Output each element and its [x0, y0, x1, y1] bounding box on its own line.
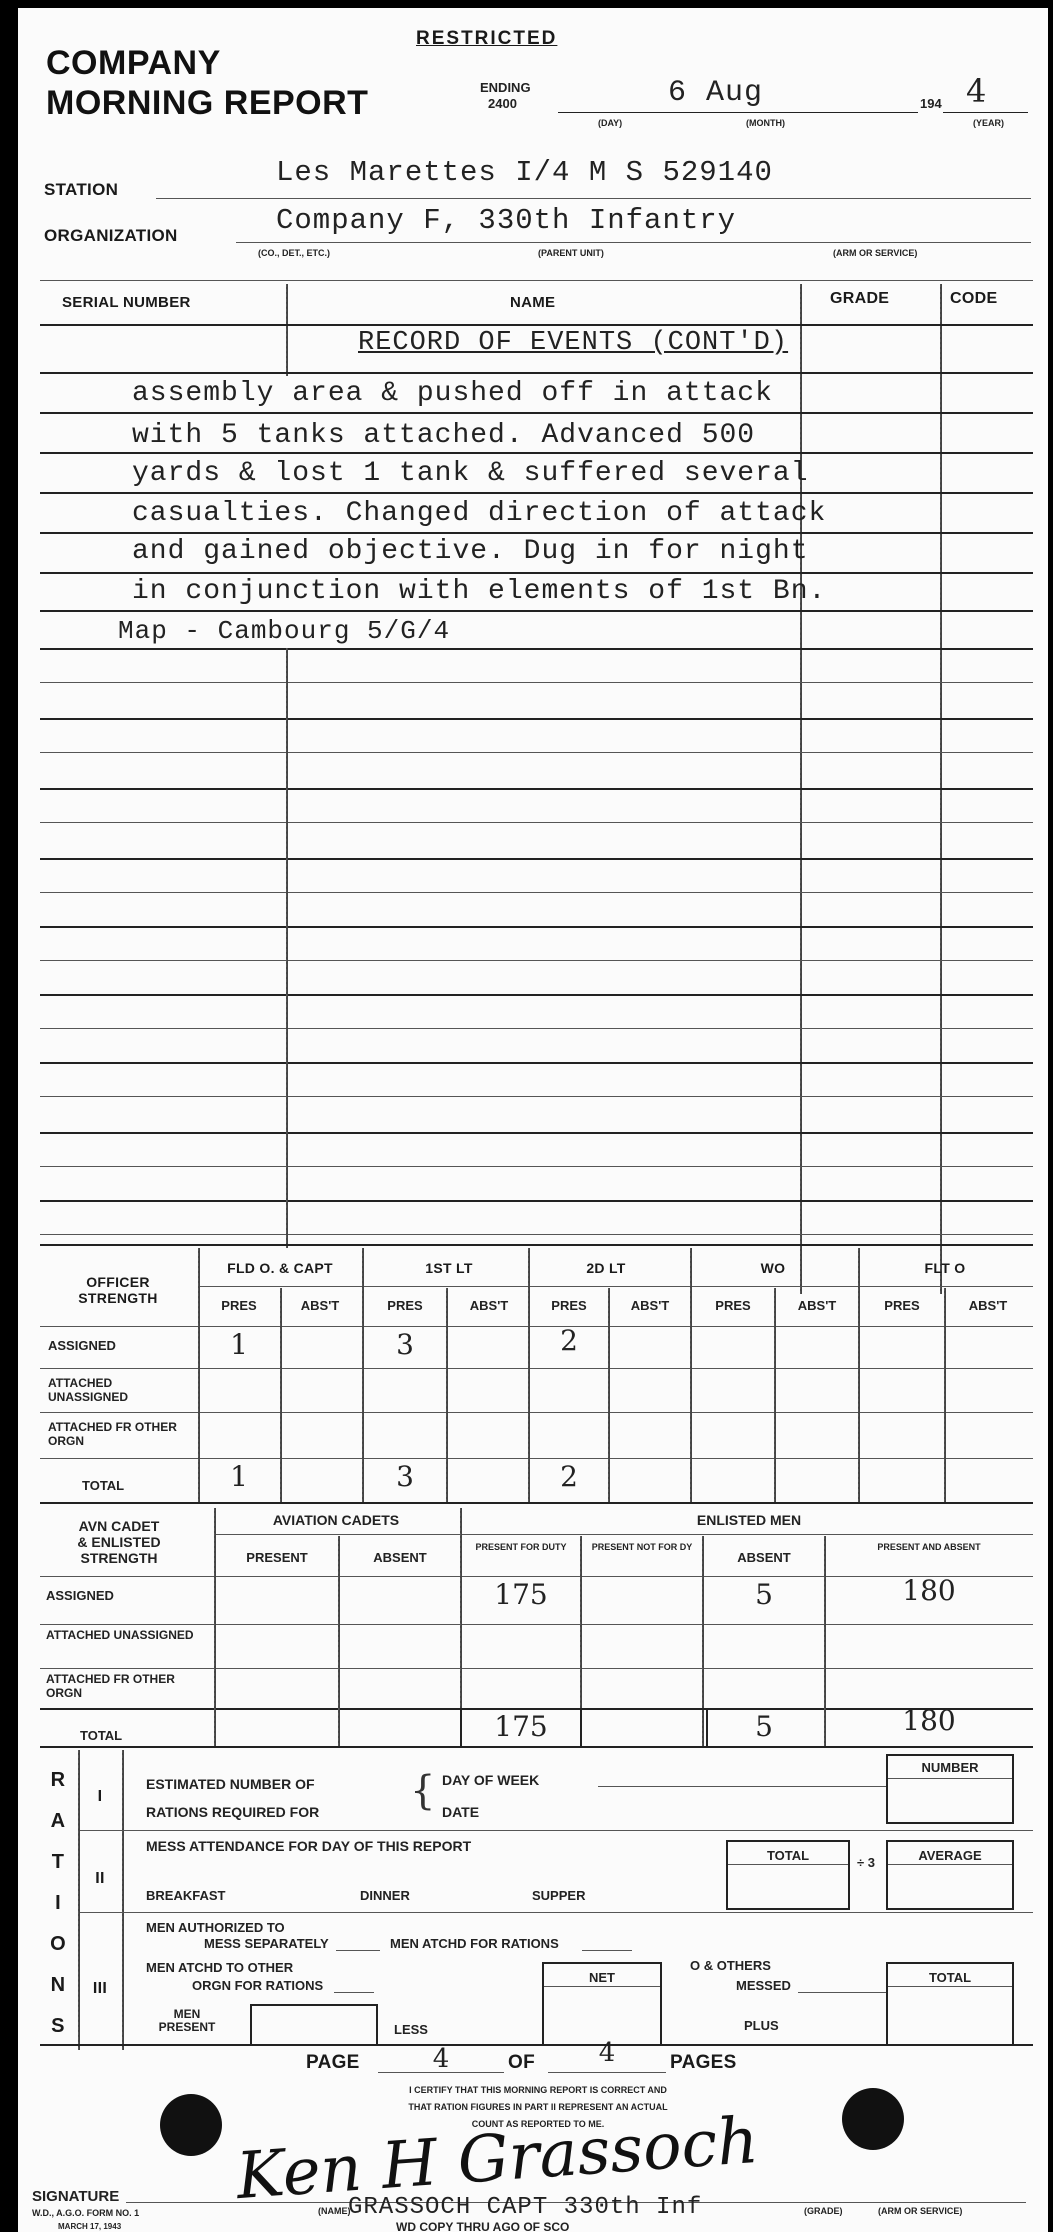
officer-row-label: ATTACHED UNASSIGNED — [48, 1376, 188, 1404]
sub-abst: ABS'T — [946, 1298, 1030, 1313]
sub-pres: PRES — [530, 1298, 608, 1313]
rations-bottom-rule — [40, 2044, 1033, 2046]
officer-label-line: STRENGTH — [58, 1290, 178, 1306]
officer-rule — [40, 1368, 1033, 1369]
report-date-field[interactable]: 6 Aug — [668, 76, 763, 110]
page-number-field[interactable]: 4 — [378, 2044, 504, 2074]
rations-total-label: TOTAL — [886, 1970, 1014, 1985]
co-caption: (CO., DET., ETC.) — [258, 248, 330, 258]
date-underline — [558, 112, 918, 113]
officer-group-flto: FLT O — [860, 1260, 1030, 1276]
record-of-events-heading: RECORD OF EVENTS (CONT'D) — [358, 328, 788, 358]
morning-report-form: RESTRICTED COMPANY MORNING REPORT ENDING… — [18, 8, 1048, 2232]
form-title-line1: COMPANY — [46, 44, 221, 82]
net-label: NET — [542, 1970, 662, 1985]
messed-label: MESSED — [736, 1978, 791, 1993]
year-field[interactable]: 4 — [966, 72, 986, 110]
binder-hole-left — [160, 2094, 222, 2156]
roster-rule — [40, 572, 1033, 574]
net-rule — [544, 1986, 660, 1987]
men-atchd-rations-label: MEN ATCHD FOR RATIONS — [390, 1936, 559, 1951]
event-line: assembly area & pushed off in attack — [132, 378, 773, 409]
month-caption: (MONTH) — [746, 118, 785, 128]
officer-row-label: ASSIGNED — [48, 1338, 116, 1353]
officer-assigned-fld-pres[interactable]: 1 — [200, 1328, 278, 1361]
roster-rule — [40, 926, 1033, 928]
organization-label: ORGANIZATION — [44, 226, 178, 246]
roster-rule — [40, 682, 1033, 683]
breakfast-label[interactable]: BREAKFAST — [146, 1888, 225, 1903]
divide-by-three: ÷ 3 — [852, 1854, 880, 1872]
sub-pres: PRES — [692, 1298, 774, 1313]
event-line: Map - Cambourg 5/G/4 — [118, 616, 450, 646]
year-prefix: 194 — [920, 96, 942, 111]
rations-side-label: R A T I O N S — [40, 1760, 76, 2047]
messed-field[interactable] — [798, 1992, 888, 1993]
part-i-numeral: I — [80, 1788, 120, 1806]
organization-underline — [236, 242, 1031, 243]
event-line: in conjunction with elements of 1st Bn. — [132, 576, 826, 607]
sub-abst: ABS'T — [610, 1298, 690, 1313]
of-label: OF — [508, 2052, 535, 2074]
organization-field[interactable]: Company F, 330th Infantry — [276, 204, 736, 237]
date-label: DATE — [442, 1804, 479, 1820]
officer-col — [446, 1288, 448, 1502]
roster-rule — [40, 1200, 1033, 1202]
enlisted-sub-rule — [216, 1534, 1033, 1535]
binder-hole-right — [842, 2088, 904, 2150]
col-enlisted-absent: ABSENT — [704, 1550, 824, 1565]
officer-col — [690, 1248, 692, 1502]
signature-label: SIGNATURE — [32, 2188, 119, 2205]
copy-note: WD COPY THRU AGO OF SCO — [396, 2220, 569, 2232]
total-pages-field[interactable]: 4 — [548, 2038, 666, 2068]
col-present-not-for-duty: PRESENT NOT FOR DY — [582, 1540, 702, 1554]
ending-time: 2400 — [488, 96, 517, 111]
day-caption: (DAY) — [598, 118, 622, 128]
officer-rule — [40, 1412, 1033, 1413]
roster-rule — [40, 372, 1033, 374]
men-atchd-rations-field[interactable] — [582, 1950, 632, 1951]
assigned-absent[interactable]: 5 — [704, 1578, 824, 1611]
mess-attendance-heading: MESS ATTENDANCE FOR DAY OF THIS REPORT — [146, 1838, 471, 1854]
rations-letter: A — [40, 1801, 76, 1842]
col-code: CODE — [950, 290, 997, 308]
rations-letter: N — [40, 1965, 76, 2006]
total-pages-line — [548, 2072, 666, 2073]
officer-rule — [40, 1458, 1033, 1459]
total-present-box-divider — [580, 1708, 582, 1746]
officer-col — [280, 1288, 282, 1502]
men-present-box[interactable] — [250, 2004, 378, 2046]
mess-total-rule — [728, 1864, 848, 1865]
rations-rule — [80, 1912, 1033, 1913]
officer-group-1lt: 1ST LT — [364, 1260, 534, 1276]
rations-letter: R — [40, 1760, 76, 1801]
col-present-and-absent: PRESENT AND ABSENT — [826, 1540, 1032, 1554]
roster-rule — [40, 718, 1033, 720]
typed-name-grade-unit: GRASSOCH CAPT 330th Inf — [348, 2194, 702, 2221]
year-underline — [943, 112, 1028, 113]
enlisted-col — [214, 1508, 216, 1746]
part-iii-numeral: III — [80, 1980, 120, 1998]
total-absent[interactable]: 5 — [704, 1710, 824, 1743]
enlisted-row-label: ATTACHED UNASSIGNED — [46, 1628, 196, 1642]
mess-separately-field[interactable] — [336, 1950, 380, 1951]
enlisted-label-line: & ENLISTED — [44, 1534, 194, 1550]
event-line: yards & lost 1 tank & suffered several — [132, 458, 809, 489]
men-present-label: MEN PRESENT — [132, 2008, 242, 2034]
orgn-for-rations-field[interactable] — [334, 1992, 374, 1993]
roster-rule — [40, 1096, 1033, 1097]
orgn-for-rations-label: ORGN FOR RATIONS — [192, 1978, 323, 1993]
sub-abst: ABS'T — [448, 1298, 530, 1313]
mess-total-label: TOTAL — [726, 1848, 850, 1863]
roster-rule — [40, 610, 1033, 612]
day-of-week-label: DAY OF WEEK — [442, 1772, 539, 1788]
enlisted-row-label: ASSIGNED — [46, 1588, 114, 1603]
roster-rule — [40, 1132, 1033, 1134]
aviation-cadets-group: AVIATION CADETS — [216, 1512, 456, 1528]
men-authorized-label: MEN AUTHORIZED TO — [146, 1920, 285, 1935]
roster-rule — [40, 822, 1033, 823]
roster-rule — [40, 1234, 1033, 1235]
officer-row-label: ATTACHED FR OTHER ORGN — [48, 1420, 188, 1448]
roster-rule — [40, 1028, 1033, 1029]
col-cadets-present: PRESENT — [216, 1550, 338, 1565]
event-line: and gained objective. Dug in for night — [132, 536, 809, 567]
station-label: STATION — [44, 180, 118, 200]
officer-total-fld-pres[interactable]: 1 — [200, 1460, 278, 1493]
station-underline — [156, 198, 1031, 199]
part-i-text: ESTIMATED NUMBER OF — [146, 1776, 315, 1792]
col-present-for-duty: PRESENT FOR DUTY — [464, 1540, 578, 1554]
others-label: O & OTHERS — [690, 1958, 771, 1973]
col-cadets-absent: ABSENT — [340, 1550, 460, 1565]
arm-service-caption: (ARM OR SERVICE) — [878, 2206, 962, 2216]
brace-icon: { — [410, 1768, 435, 1814]
rations-total-rule — [888, 1986, 1012, 1987]
arm-caption: (ARM OR SERVICE) — [833, 248, 917, 258]
enlisted-row-label: TOTAL — [80, 1728, 122, 1743]
certify-line: I CERTIFY THAT THIS MORNING REPORT IS CO… — [278, 2082, 798, 2099]
page-label: PAGE — [306, 2052, 360, 2074]
total-present-for-duty[interactable]: 175 — [464, 1710, 578, 1743]
roster-top-rule — [40, 280, 1033, 281]
rations-letter: O — [40, 1924, 76, 1965]
officer-group-wo: WO — [688, 1260, 858, 1276]
ending-label: ENDING — [480, 80, 531, 95]
officer-label-line: OFFICER — [58, 1274, 178, 1290]
grade-caption: (GRADE) — [804, 2206, 843, 2216]
enlisted-row-label: ATTACHED FR OTHER ORGN — [46, 1672, 196, 1700]
enlisted-col — [338, 1536, 340, 1746]
roster-rule — [40, 324, 1033, 326]
officer-col — [774, 1288, 776, 1502]
officer-group-fld: FLD O. & CAPT — [200, 1260, 360, 1276]
pages-label: PAGES — [670, 2052, 737, 2074]
officer-assigned-1lt-pres[interactable]: 3 — [364, 1328, 446, 1361]
col-grade: GRADE — [830, 290, 889, 308]
name-caption: (NAME) — [318, 2206, 351, 2216]
men-present-line: PRESENT — [132, 2021, 242, 2034]
event-line: casualties. Changed direction of attack — [132, 498, 826, 529]
form-title-line2: MORNING REPORT — [46, 84, 368, 122]
rations-letter: S — [40, 2006, 76, 2047]
supper-label[interactable]: SUPPER — [532, 1888, 585, 1903]
men-atchd-other-label: MEN ATCHD TO OTHER — [146, 1960, 293, 1975]
roster-rule — [40, 960, 1033, 961]
assigned-present-and-absent[interactable]: 180 — [826, 1574, 1032, 1607]
roster-rule — [40, 532, 1033, 534]
officer-row-label: TOTAL — [82, 1478, 124, 1493]
officer-rule — [40, 1502, 1033, 1504]
roster-rule — [40, 858, 1033, 860]
rations-col — [122, 1750, 124, 2050]
sub-abst: ABS'T — [776, 1298, 858, 1313]
classification-stamp: RESTRICTED — [416, 28, 557, 50]
rations-rule — [80, 1830, 1033, 1831]
rations-letter: T — [40, 1842, 76, 1883]
part-ii-numeral: II — [80, 1870, 120, 1888]
officer-total-1lt-pres[interactable]: 3 — [364, 1460, 446, 1493]
roster-rule — [40, 1062, 1033, 1064]
col-name: NAME — [510, 294, 555, 311]
sub-pres: PRES — [860, 1298, 944, 1313]
mess-average-label: AVERAGE — [886, 1848, 1014, 1863]
enlisted-strength-label: AVN CADET & ENLISTED STRENGTH — [44, 1518, 194, 1566]
year-caption: (YEAR) — [973, 118, 1004, 128]
total-present-and-absent[interactable]: 180 — [826, 1704, 1032, 1737]
assigned-present-for-duty[interactable]: 175 — [464, 1578, 578, 1611]
officer-col — [858, 1248, 860, 1502]
officer-assigned-2lt-pres[interactable]: 2 — [530, 1324, 608, 1357]
roster-divider — [286, 284, 288, 376]
rations-number-rule — [888, 1778, 1012, 1779]
enlisted-rule — [40, 1624, 1033, 1625]
officer-col — [608, 1288, 610, 1502]
parent-unit-caption: (PARENT UNIT) — [538, 248, 604, 258]
sub-abst: ABS'T — [280, 1298, 360, 1313]
roster-rule — [40, 788, 1033, 790]
roster-rule — [40, 994, 1033, 996]
plus-label: PLUS — [744, 2018, 779, 2033]
roster-rule — [40, 492, 1033, 494]
rations-letter: I — [40, 1883, 76, 1924]
event-line: with 5 tanks attached. Advanced 500 — [132, 420, 755, 451]
form-number: W.D., A.G.O. FORM NO. 1 — [32, 2208, 139, 2218]
enlisted-rule — [40, 1668, 1033, 1669]
less-label: LESS — [394, 2022, 428, 2037]
roster-divider — [286, 648, 288, 1248]
officer-top-rule — [40, 1244, 1033, 1246]
roster-rule — [40, 752, 1033, 753]
roster-rule — [40, 412, 1033, 414]
enlisted-label-line: AVN CADET — [44, 1518, 194, 1534]
sub-pres: PRES — [364, 1298, 446, 1313]
officer-total-2lt-pres[interactable]: 2 — [530, 1460, 608, 1493]
officer-strength-label: OFFICER STRENGTH — [58, 1274, 178, 1306]
station-field[interactable]: Les Marettes I/4 M S 529140 — [276, 156, 773, 189]
roster-rule — [40, 892, 1033, 893]
mess-separately-label: MESS SEPARATELY — [204, 1936, 329, 1951]
mess-average-rule — [888, 1864, 1012, 1865]
enlisted-label-line: STRENGTH — [44, 1550, 194, 1566]
officer-group-2lt: 2D LT — [526, 1260, 686, 1276]
rations-number-label: NUMBER — [886, 1760, 1014, 1775]
form-date: MARCH 17, 1943 — [58, 2222, 121, 2231]
col-serial-number: SERIAL NUMBER — [62, 294, 191, 311]
enlisted-men-group: ENLISTED MEN — [464, 1512, 1034, 1528]
day-of-week-field[interactable] — [598, 1786, 888, 1787]
sub-pres: PRES — [200, 1298, 278, 1313]
part-i-text: RATIONS REQUIRED FOR — [146, 1804, 319, 1820]
roster-rule — [40, 1166, 1033, 1167]
roster-rule — [40, 452, 1033, 454]
roster-rule — [40, 648, 1033, 650]
officer-col — [944, 1288, 946, 1502]
officer-sub-rule — [200, 1286, 1033, 1287]
dinner-label[interactable]: DINNER — [360, 1888, 410, 1903]
